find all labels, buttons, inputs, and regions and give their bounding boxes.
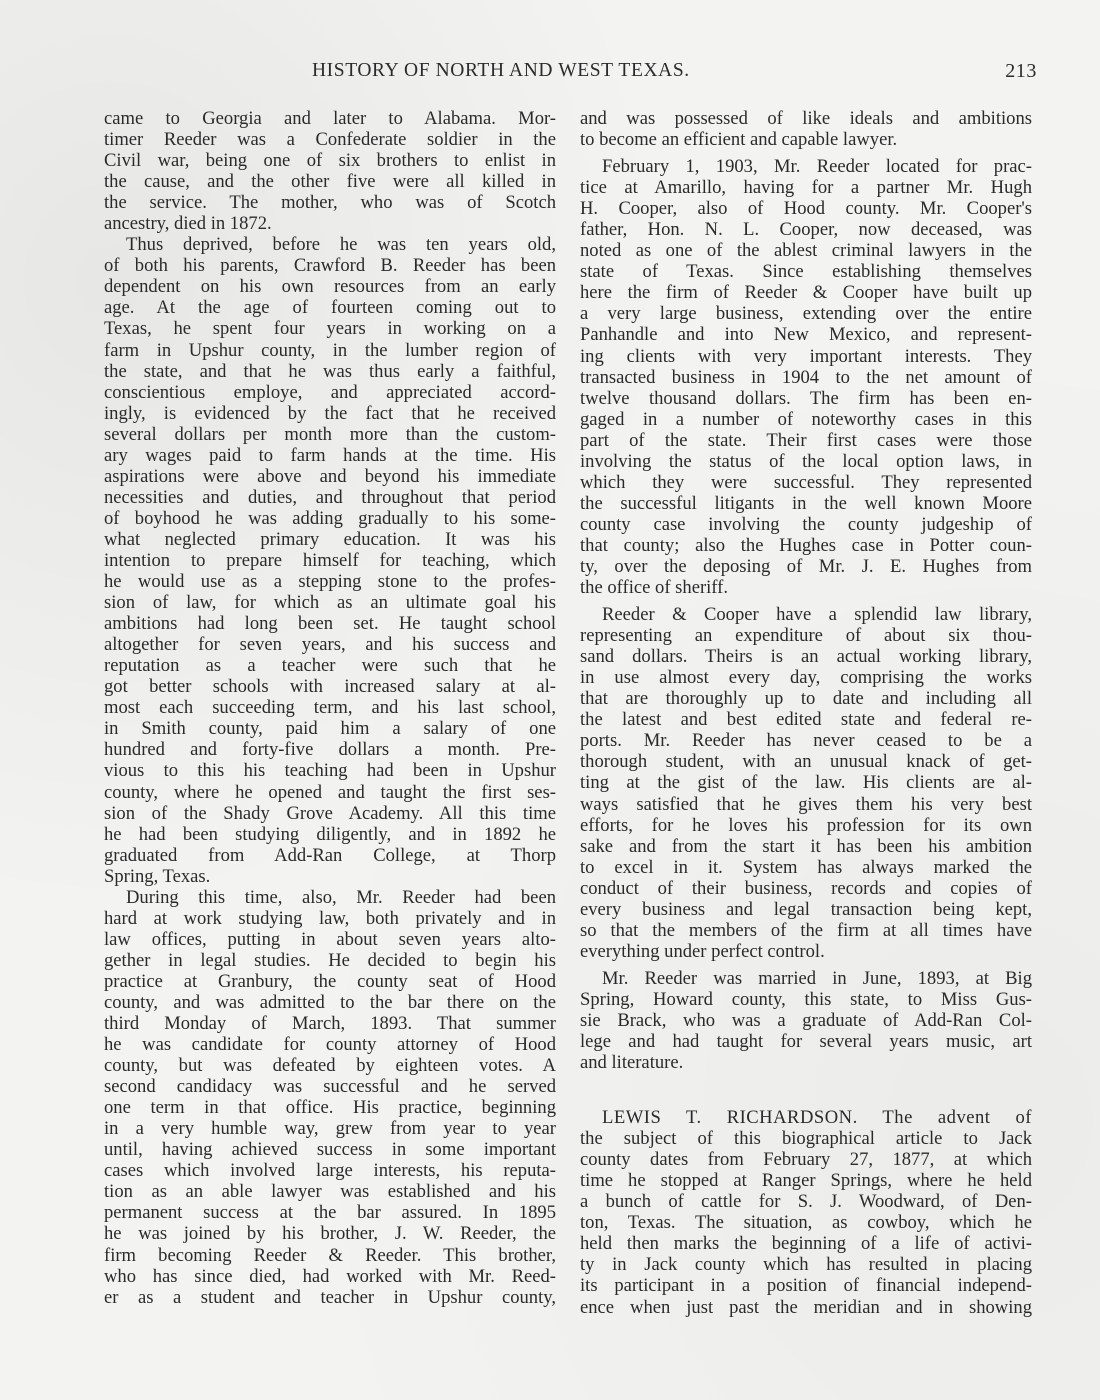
text-line: a bunch of cattle for S. J. Woodward, of… [580, 1191, 1032, 1212]
text-line: hard at work studying law, both privatel… [104, 908, 556, 929]
text-line: several dollars per month more than the … [104, 424, 556, 445]
text-line: to excel in it. System has always marked… [580, 857, 1032, 878]
text-line: ports. Mr. Reeder has never ceased to be… [580, 730, 1032, 751]
text-line: third Monday of March, 1893. That summer [104, 1013, 556, 1034]
text-line: the cause, and the other five were all k… [104, 171, 556, 192]
text-line: ton, Texas. The situation, as cowboy, wh… [580, 1212, 1032, 1233]
text-line: to become an efficient and capable lawye… [580, 129, 1032, 150]
text-line: he had been studying diligently, and in … [104, 824, 556, 845]
text-line: the subject of this biographical article… [580, 1128, 1032, 1149]
book-page: HISTORY OF NORTH AND WEST TEXAS. 213 cam… [0, 0, 1100, 1400]
text-line: permanent success at the bar assured. In… [104, 1202, 556, 1223]
text-line: representing an expenditure of about six… [580, 625, 1032, 646]
text-line: its participant in a position of financi… [580, 1275, 1032, 1296]
text-line: of boyhood he was adding gradually to hi… [104, 508, 556, 529]
paragraph-start-line: Mr. Reeder was married in June, 1893, at… [580, 968, 1032, 989]
page-number: 213 [1005, 60, 1037, 83]
text-line: graduated from Add-Ran College, at Thorp [104, 845, 556, 866]
text-line: gaged in a number of noteworthy cases in… [580, 409, 1032, 430]
text-line: who has since died, had worked with Mr. … [104, 1266, 556, 1287]
left-column: came to Georgia and later to Alabama. Mo… [104, 108, 556, 1308]
text-line: involving the status of the local option… [580, 451, 1032, 472]
text-line: that are thoroughly up to date and inclu… [580, 688, 1032, 709]
right-column: and was possessed of like ideals and amb… [580, 108, 1032, 1318]
text-line: gether in legal studies. He decided to b… [104, 950, 556, 971]
text-line: conscientious employe, and appreciated a… [104, 382, 556, 403]
text-line: state of Texas. Since establishing thems… [580, 261, 1032, 282]
text-line: necessities and duties, and throughout t… [104, 487, 556, 508]
text-line: twelve thousand dollars. The firm has be… [580, 388, 1032, 409]
text-line: he was joined by his brother, J. W. Reed… [104, 1223, 556, 1244]
text-line: county case involving the county judgesh… [580, 514, 1032, 535]
text-line: Spring, Howard county, this state, to Mi… [580, 989, 1032, 1010]
text-line: noted as one of the ablest criminal lawy… [580, 240, 1032, 261]
text-line: that county; also the Hughes case in Pot… [580, 535, 1032, 556]
text-line: ways satisfied that he gives them his ve… [580, 794, 1032, 815]
text-line: ence when just past the meridian and in … [580, 1297, 1032, 1318]
text-line: lege and had taught for several years mu… [580, 1031, 1032, 1052]
text-line: ingly, is evidenced by the fact that he … [104, 403, 556, 424]
text-line: aspirations were above and beyond his im… [104, 466, 556, 487]
text-line: Panhandle and into New Mexico, and repre… [580, 324, 1032, 345]
text-line: vious to this his teaching had been in U… [104, 760, 556, 781]
text-line: sion of the Shady Grove Academy. All thi… [104, 803, 556, 824]
text-line: Civil war, being one of six brothers to … [104, 150, 556, 171]
text-line: ting at the gist of the law. His clients… [580, 772, 1032, 793]
text-line: he would use as a stepping stone to the … [104, 571, 556, 592]
text-line: ambitions had long been set. He taught s… [104, 613, 556, 634]
text-line: county, and was admitted to the bar ther… [104, 992, 556, 1013]
text-line: law offices, putting in about seven year… [104, 929, 556, 950]
text-line: time he stopped at Ranger Springs, where… [580, 1170, 1032, 1191]
article-heading-line: LEWIS T. RICHARDSON. The advent of [580, 1107, 1032, 1128]
text-line: what neglected primary education. It was… [104, 529, 556, 550]
text-line: sie Brack, who was a graduate of Add-Ran… [580, 1010, 1032, 1031]
text-line: ty in Jack county which has resulted in … [580, 1254, 1032, 1275]
text-line: sake and from the start it has been his … [580, 836, 1032, 857]
text-line: in Smith county, paid him a salary of on… [104, 718, 556, 739]
text-line: dependent on his own resources from an e… [104, 276, 556, 297]
text-line: the state, and that he was thus early a … [104, 361, 556, 382]
text-line: farm in Upshur county, in the lumber reg… [104, 340, 556, 361]
text-line: ing clients with very important interest… [580, 346, 1032, 367]
text-line: thorough student, with an unusual knack … [580, 751, 1032, 772]
text-line: ary wages paid to farm hands at the time… [104, 445, 556, 466]
text-line: reputation as a teacher were such that h… [104, 655, 556, 676]
text-line: Texas, he spent four years in working on… [104, 318, 556, 339]
text-line: tice at Amarillo, having for a partner M… [580, 177, 1032, 198]
text-line: firm becoming Reeder & Reeder. This brot… [104, 1245, 556, 1266]
text-line: of both his parents, Crawford B. Reeder … [104, 255, 556, 276]
text-line: and was possessed of like ideals and amb… [580, 108, 1032, 129]
text-line: father, Hon. N. L. Cooper, now deceased,… [580, 219, 1032, 240]
text-line: most each succeeding term, and his last … [104, 697, 556, 718]
text-line: in use almost every day, comprising the … [580, 667, 1032, 688]
text-line: second candidacy was successful and he s… [104, 1076, 556, 1097]
text-line: the office of sheriff. [580, 577, 1032, 598]
text-line: and literature. [580, 1052, 1032, 1073]
text-line: intention to prepare himself for teachin… [104, 550, 556, 571]
text-line: got better schools with increased salary… [104, 676, 556, 697]
text-line: he was candidate for county attorney of … [104, 1034, 556, 1055]
text-line: came to Georgia and later to Alabama. Mo… [104, 108, 556, 129]
paragraph-start-line: Thus deprived, before he was ten years o… [104, 234, 556, 255]
text-line: efforts, for he loves his profession for… [580, 815, 1032, 836]
text-line: ancestry, died in 1872. [104, 213, 556, 234]
book-title: HISTORY OF NORTH AND WEST TEXAS. [312, 60, 690, 82]
text-line: a very large business, extending over th… [580, 303, 1032, 324]
text-line: so that the members of the firm at all t… [580, 920, 1032, 941]
text-line: the service. The mother, who was of Scot… [104, 192, 556, 213]
text-line: county, but was defeated by eighteen vot… [104, 1055, 556, 1076]
text-line: conduct of their business, records and c… [580, 878, 1032, 899]
text-line: sion of law, for which as an ultimate go… [104, 592, 556, 613]
text-line: the successful litigants in the well kno… [580, 493, 1032, 514]
text-line: age. At the age of fourteen coming out t… [104, 297, 556, 318]
text-line: the latest and best edited state and fed… [580, 709, 1032, 730]
text-line: one term in that office. His practice, b… [104, 1097, 556, 1118]
text-line: ty, over the deposing of Mr. J. E. Hughe… [580, 556, 1032, 577]
text-line: Spring, Texas. [104, 866, 556, 887]
text-line: part of the state. Their first cases wer… [580, 430, 1032, 451]
text-line: timer Reeder was a Confederate soldier i… [104, 129, 556, 150]
text-line: transacted business in 1904 to the net a… [580, 367, 1032, 388]
text-line: sand dollars. Theirs is an actual workin… [580, 646, 1032, 667]
text-line: here the firm of Reeder & Cooper have bu… [580, 282, 1032, 303]
text-line: every business and legal transaction bei… [580, 899, 1032, 920]
text-line: everything under perfect control. [580, 941, 1032, 962]
text-line: H. Cooper, also of Hood county. Mr. Coop… [580, 198, 1032, 219]
text-line: practice at Granbury, the county seat of… [104, 971, 556, 992]
paragraph-start-line: Reeder & Cooper have a splendid law libr… [580, 604, 1032, 625]
text-line: altogether for seven years, and his succ… [104, 634, 556, 655]
article-separator [580, 1073, 1032, 1107]
text-line: hundred and forty-five dollars a month. … [104, 739, 556, 760]
text-line: er as a student and teacher in Upshur co… [104, 1287, 556, 1308]
text-line: county, where he opened and taught the f… [104, 782, 556, 803]
text-line: county dates from February 27, 1877, at … [580, 1149, 1032, 1170]
text-line: tion as an able lawyer was established a… [104, 1181, 556, 1202]
paragraph-start-line: February 1, 1903, Mr. Reeder located for… [580, 156, 1032, 177]
text-line: which they were successful. They represe… [580, 472, 1032, 493]
text-line: in a very humble way, grew from year to … [104, 1118, 556, 1139]
text-line: until, having achieved success in some i… [104, 1139, 556, 1160]
text-line: cases which involved large interests, hi… [104, 1160, 556, 1181]
running-header: HISTORY OF NORTH AND WEST TEXAS. 213 [312, 60, 1037, 88]
paragraph-start-line: During this time, also, Mr. Reeder had b… [104, 887, 556, 908]
text-line: held then marks the beginning of a life … [580, 1233, 1032, 1254]
